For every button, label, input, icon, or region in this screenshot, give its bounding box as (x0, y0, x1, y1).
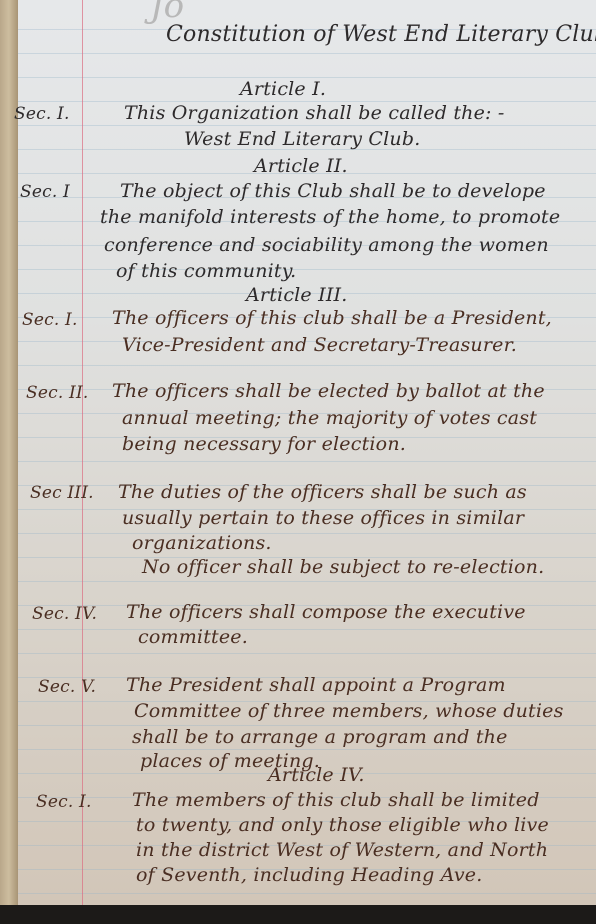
notebook-page: Jo Constitution of West End Literary Clu… (18, 0, 596, 905)
article-4-sec-1-line-4: of Seventh, including Heading Ave. (136, 864, 482, 886)
article-2-sec-1-label: Sec. I (20, 182, 70, 202)
article-3-sec-4-line-2: committee. (138, 626, 248, 648)
article-1-sec-1-line-2: West End Literary Club. (184, 128, 420, 150)
article-3-sec-3-line-4: No officer shall be subject to re-electi… (142, 556, 544, 578)
article-4-sec-1-line-2: to twenty, and only those eligible who l… (136, 814, 549, 836)
article-4-heading: Article IV. (268, 764, 365, 786)
article-3-sec-1-line-1: The officers of this club shall be a Pre… (112, 307, 552, 329)
article-3-sec-3-line-1: The duties of the officers shall be such… (118, 481, 527, 503)
article-4-sec-1-line-1: The members of this club shall be limite… (132, 789, 540, 811)
document-title: Constitution of West End Literary Club. (166, 22, 596, 47)
article-1-sec-1-line-1: This Organization shall be called the: - (124, 102, 505, 124)
article-2-sec-1-line-1: The object of this Club shall be to deve… (120, 180, 546, 202)
page-bottom-shadow (0, 905, 596, 924)
article-3-heading: Article III. (246, 284, 347, 306)
article-3-sec-5-line-2: Committee of three members, whose duties (134, 700, 564, 722)
article-3-sec-2-line-3: being necessary for election. (122, 433, 406, 455)
article-2-sec-1-line-2: the manifold interests of the home, to p… (100, 206, 560, 228)
article-3-sec-1-label: Sec. I. (22, 310, 78, 330)
article-2-sec-1-line-3: conference and sociability among the wom… (104, 234, 549, 256)
margin-line (82, 0, 83, 905)
article-3-sec-4-line-1: The officers shall compose the executive (126, 601, 526, 623)
article-1-sec-1-label: Sec. I. (14, 104, 70, 124)
article-4-sec-1-line-3: in the district West of Western, and Nor… (136, 839, 548, 861)
article-2-heading: Article II. (254, 155, 348, 177)
article-3-sec-5-line-1: The President shall appoint a Program (126, 674, 506, 696)
article-3-sec-5-line-3: shall be to arrange a program and the (132, 726, 508, 748)
article-3-sec-3-line-3: organizations. (132, 532, 272, 554)
article-3-sec-2-line-1: The officers shall be elected by ballot … (112, 380, 545, 402)
article-3-sec-1-line-2: Vice-President and Secretary-Treasurer. (122, 334, 517, 356)
article-3-sec-4-label: Sec. IV. (32, 604, 97, 624)
article-4-sec-1-label: Sec. I. (36, 792, 92, 812)
article-2-sec-1-line-4: of this community. (116, 260, 296, 282)
article-1-heading: Article I. (240, 78, 326, 100)
article-3-sec-5-label: Sec. V. (38, 677, 96, 697)
article-3-sec-3-line-2: usually pertain to these offices in simi… (122, 507, 524, 529)
article-3-sec-2-label: Sec. II. (26, 383, 88, 403)
article-3-sec-3-label: Sec III. (30, 483, 94, 503)
article-3-sec-2-line-2: annual meeting; the majority of votes ca… (122, 407, 537, 429)
